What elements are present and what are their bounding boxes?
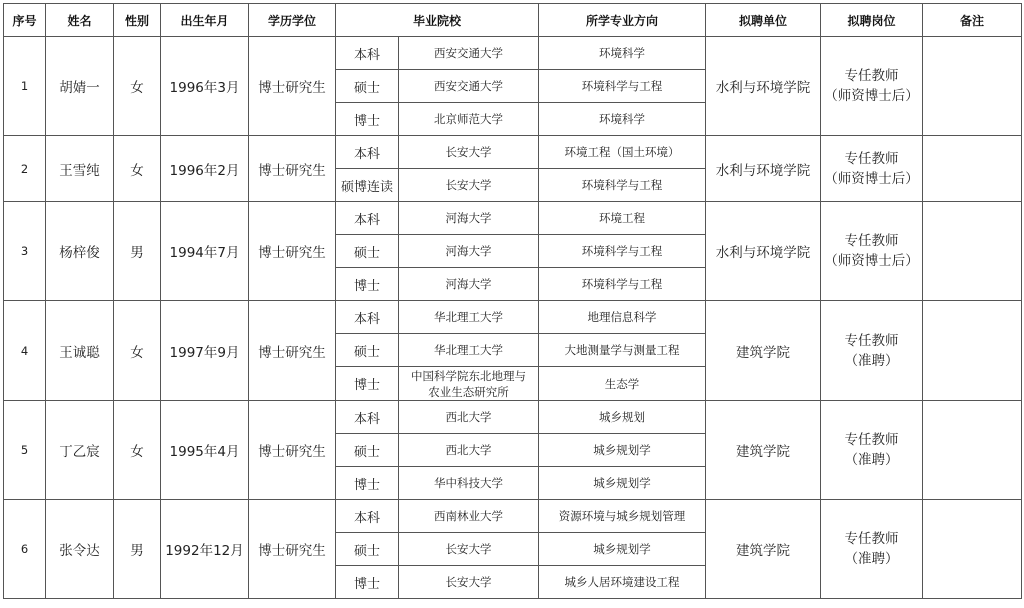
cell-degree-level: 博士 — [336, 367, 399, 401]
cell-degree-level: 硕士 — [336, 533, 399, 566]
recruitment-table: 序号 姓名 性别 出生年月 学历学位 毕业院校 所学专业方向 拟聘单位 拟聘岗位… — [3, 3, 1022, 599]
cell-unit: 建筑学院 — [706, 500, 821, 599]
position-title: 专任教师 — [821, 149, 922, 169]
cell-degree-level: 博士 — [336, 566, 399, 599]
position-title: 专任教师 — [821, 66, 922, 86]
position-title: 专任教师 — [821, 231, 922, 251]
cell-school: 北京师范大学 — [399, 103, 539, 136]
cell-index: 6 — [4, 500, 46, 599]
cell-unit: 建筑学院 — [706, 401, 821, 500]
cell-major: 城乡规划学 — [539, 467, 706, 500]
position-title: 专任教师 — [821, 331, 922, 351]
cell-birth: 1996年2月 — [161, 136, 249, 202]
cell-school: 华北理工大学 — [399, 334, 539, 367]
cell-degree-level: 硕士 — [336, 434, 399, 467]
cell-index: 3 — [4, 202, 46, 301]
cell-birth: 1997年9月 — [161, 301, 249, 401]
cell-gender: 女 — [114, 301, 161, 401]
cell-index: 2 — [4, 136, 46, 202]
cell-unit: 水利与环境学院 — [706, 136, 821, 202]
cell-index: 4 — [4, 301, 46, 401]
cell-degree-level: 博士 — [336, 268, 399, 301]
school-name-line2: 农业生态研究所 — [399, 384, 538, 400]
cell-major: 环境科学与工程 — [539, 235, 706, 268]
cell-degree-level: 本科 — [336, 37, 399, 70]
cell-name: 杨梓俊 — [46, 202, 114, 301]
cell-education: 博士研究生 — [249, 37, 336, 136]
cell-school: 西南林业大学 — [399, 500, 539, 533]
header-remark: 备注 — [923, 4, 1022, 37]
cell-gender: 男 — [114, 202, 161, 301]
table-row: 4 王诚聪 女 1997年9月 博士研究生 本科 华北理工大学 地理信息科学 建… — [4, 301, 1022, 334]
cell-major: 环境科学 — [539, 37, 706, 70]
cell-index: 5 — [4, 401, 46, 500]
cell-school: 长安大学 — [399, 566, 539, 599]
cell-unit: 建筑学院 — [706, 301, 821, 401]
cell-degree-level: 博士 — [336, 103, 399, 136]
cell-name: 张令达 — [46, 500, 114, 599]
header-major: 所学专业方向 — [539, 4, 706, 37]
cell-remark — [923, 136, 1022, 202]
cell-remark — [923, 202, 1022, 301]
position-type: （准聘） — [821, 549, 922, 569]
header-unit: 拟聘单位 — [706, 4, 821, 37]
table-row: 5 丁乙宸 女 1995年4月 博士研究生 本科 西北大学 城乡规划 建筑学院 … — [4, 401, 1022, 434]
cell-major: 环境科学与工程 — [539, 70, 706, 103]
cell-name: 丁乙宸 — [46, 401, 114, 500]
position-type: （准聘） — [821, 450, 922, 470]
header-row: 序号 姓名 性别 出生年月 学历学位 毕业院校 所学专业方向 拟聘单位 拟聘岗位… — [4, 4, 1022, 37]
cell-major: 城乡规划学 — [539, 533, 706, 566]
cell-position: 专任教师 （师资博士后） — [821, 136, 923, 202]
cell-birth: 1992年12月 — [161, 500, 249, 599]
position-title: 专任教师 — [821, 529, 922, 549]
cell-major: 城乡规划学 — [539, 434, 706, 467]
cell-school: 中国科学院东北地理与 农业生态研究所 — [399, 367, 539, 401]
position-title: 专任教师 — [821, 430, 922, 450]
header-position: 拟聘岗位 — [821, 4, 923, 37]
cell-degree-level: 本科 — [336, 301, 399, 334]
header-index: 序号 — [4, 4, 46, 37]
cell-position: 专任教师 （师资博士后） — [821, 37, 923, 136]
cell-major: 环境科学 — [539, 103, 706, 136]
cell-school: 西北大学 — [399, 434, 539, 467]
header-birth: 出生年月 — [161, 4, 249, 37]
cell-education: 博士研究生 — [249, 202, 336, 301]
cell-unit: 水利与环境学院 — [706, 37, 821, 136]
cell-name: 王雪纯 — [46, 136, 114, 202]
cell-name: 王诚聪 — [46, 301, 114, 401]
cell-major: 环境科学与工程 — [539, 169, 706, 202]
cell-position: 专任教师 （准聘） — [821, 301, 923, 401]
cell-degree-level: 硕士 — [336, 235, 399, 268]
table-row: 1 胡婧一 女 1996年3月 博士研究生 本科 西安交通大学 环境科学 水利与… — [4, 37, 1022, 70]
cell-name: 胡婧一 — [46, 37, 114, 136]
header-school: 毕业院校 — [336, 4, 539, 37]
cell-school: 华北理工大学 — [399, 301, 539, 334]
table-row: 2 王雪纯 女 1996年2月 博士研究生 本科 长安大学 环境工程（国土环境）… — [4, 136, 1022, 169]
header-education: 学历学位 — [249, 4, 336, 37]
cell-school: 河海大学 — [399, 202, 539, 235]
cell-major: 城乡规划 — [539, 401, 706, 434]
cell-degree-level: 本科 — [336, 500, 399, 533]
cell-major: 环境工程（国土环境） — [539, 136, 706, 169]
cell-school: 河海大学 — [399, 268, 539, 301]
cell-degree-level: 本科 — [336, 202, 399, 235]
cell-major: 大地测量学与测量工程 — [539, 334, 706, 367]
table-row: 3 杨梓俊 男 1994年7月 博士研究生 本科 河海大学 环境工程 水利与环境… — [4, 202, 1022, 235]
cell-education: 博士研究生 — [249, 136, 336, 202]
cell-major: 生态学 — [539, 367, 706, 401]
cell-degree-level: 本科 — [336, 136, 399, 169]
cell-gender: 女 — [114, 401, 161, 500]
cell-school: 长安大学 — [399, 533, 539, 566]
cell-education: 博士研究生 — [249, 401, 336, 500]
cell-school: 西安交通大学 — [399, 70, 539, 103]
cell-birth: 1996年3月 — [161, 37, 249, 136]
cell-school: 华中科技大学 — [399, 467, 539, 500]
cell-school: 西北大学 — [399, 401, 539, 434]
cell-education: 博士研究生 — [249, 500, 336, 599]
cell-remark — [923, 401, 1022, 500]
cell-remark — [923, 500, 1022, 599]
cell-school: 河海大学 — [399, 235, 539, 268]
table-row: 6 张令达 男 1992年12月 博士研究生 本科 西南林业大学 资源环境与城乡… — [4, 500, 1022, 533]
cell-degree-level: 本科 — [336, 401, 399, 434]
cell-degree-level: 硕士 — [336, 334, 399, 367]
cell-degree-level: 博士 — [336, 467, 399, 500]
school-name-line1: 中国科学院东北地理与 — [399, 368, 538, 384]
cell-gender: 女 — [114, 136, 161, 202]
position-type: （师资博士后） — [821, 86, 922, 106]
cell-birth: 1995年4月 — [161, 401, 249, 500]
cell-major: 资源环境与城乡规划管理 — [539, 500, 706, 533]
cell-remark — [923, 37, 1022, 136]
cell-degree-level: 硕士 — [336, 70, 399, 103]
cell-gender: 女 — [114, 37, 161, 136]
position-type: （师资博士后） — [821, 169, 922, 189]
cell-position: 专任教师 （准聘） — [821, 500, 923, 599]
position-type: （准聘） — [821, 351, 922, 371]
cell-major: 环境科学与工程 — [539, 268, 706, 301]
header-gender: 性别 — [114, 4, 161, 37]
cell-education: 博士研究生 — [249, 301, 336, 401]
position-type: （师资博士后） — [821, 251, 922, 271]
cell-position: 专任教师 （准聘） — [821, 401, 923, 500]
cell-position: 专任教师 （师资博士后） — [821, 202, 923, 301]
cell-degree-level: 硕博连读 — [336, 169, 399, 202]
cell-unit: 水利与环境学院 — [706, 202, 821, 301]
cell-remark — [923, 301, 1022, 401]
cell-index: 1 — [4, 37, 46, 136]
cell-major: 环境工程 — [539, 202, 706, 235]
cell-major: 城乡人居环境建设工程 — [539, 566, 706, 599]
cell-school: 西安交通大学 — [399, 37, 539, 70]
cell-major: 地理信息科学 — [539, 301, 706, 334]
cell-birth: 1994年7月 — [161, 202, 249, 301]
cell-gender: 男 — [114, 500, 161, 599]
cell-school: 长安大学 — [399, 136, 539, 169]
header-name: 姓名 — [46, 4, 114, 37]
cell-school: 长安大学 — [399, 169, 539, 202]
